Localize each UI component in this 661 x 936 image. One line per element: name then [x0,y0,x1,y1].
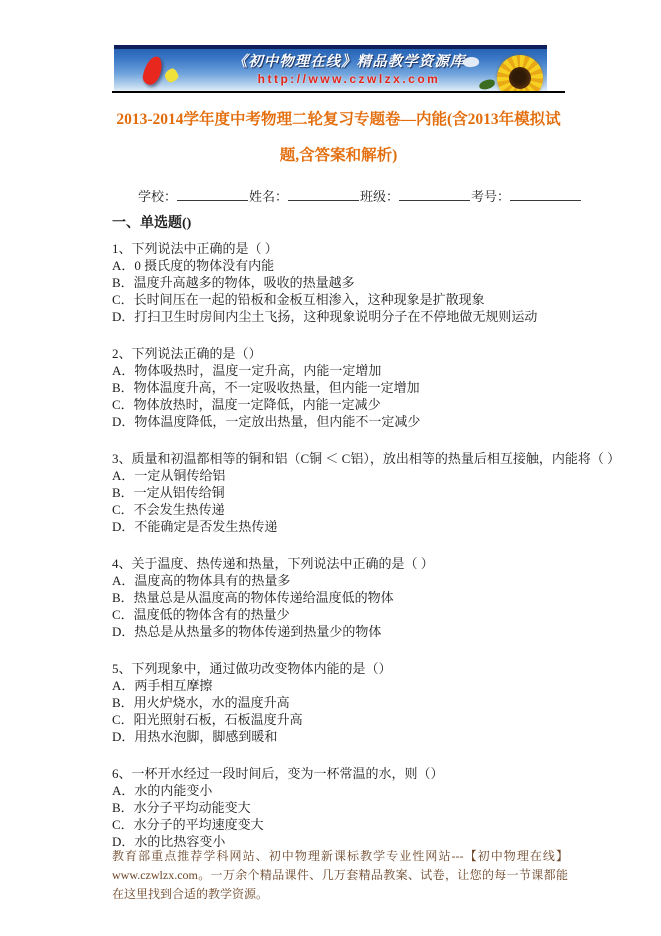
question-options: A．两手相互摩擦B．用火炉烧水，水的温度升高C．阳光照射石板，石板温度升高D．用… [112,677,565,745]
question-stem: 1、下列说法中正确的是（ ） [112,240,565,257]
option: A．两手相互摩擦 [112,677,565,694]
question-stem: 6、一杯开水经过一段时间后，变为一杯常温的水，则（） [112,765,565,782]
question-stem: 5、下列现象中，通过做功改变物体内能的是（） [112,660,565,677]
option: A．温度高的物体具有的热量多 [112,572,565,589]
header-rule [112,91,565,93]
questions: 1、下列说法中正确的是（ ） A．0 摄氏度的物体没有内能B．温度升高越多的物体… [112,240,565,850]
option: C．不会发生热传递 [112,501,565,518]
question-block: 5、下列现象中，通过做功改变物体内能的是（） A．两手相互摩擦B．用火炉烧水，水… [112,660,565,745]
question-block: 2、下列说法正确的是（） A．物体吸热时，温度一定升高，内能一定增加B．物体温度… [112,345,565,430]
site-url: http://www.czwlzx.com [204,72,494,86]
sunflower-center [509,67,531,89]
option: B．用火炉烧水，水的温度升高 [112,694,565,711]
page-title: 2013-2014学年度中考物理二轮复习专题卷—内能(含2013年模拟试 题,含… [112,102,565,174]
question-options: A．0 摄氏度的物体没有内能B．温度升高越多的物体，吸收的热量越多C．长时间压在… [112,257,565,325]
info-label-class: 班级： [360,189,399,204]
info-label-school: 学校： [138,189,177,204]
banner-text-block: 《初中物理在线》精品教学资源库 http://www.czwlzx.com [204,50,494,86]
page-title-line2: 题,含答案和解析) [112,138,565,174]
question-stem: 3、质量和初温都相等的铜和铝（C铜 ＜ C铝），放出相等的热量后相互接触，内能将… [112,450,565,467]
option: D．物体温度降低，一定放出热量，但内能不一定减少 [112,413,565,430]
flame-logo-icon [142,55,164,87]
question-stem: 2、下列说法正确的是（） [112,345,565,362]
option: B．温度升高越多的物体，吸收的热量越多 [112,274,565,291]
info-field-school: 学校： [138,186,249,205]
question-block: 1、下列说法中正确的是（ ） A．0 摄氏度的物体没有内能B．温度升高越多的物体… [112,240,565,325]
option: D．热总是从热量多的物体传递到热量少的物体 [112,623,565,640]
option: C．温度低的物体含有的热量少 [112,606,565,623]
option: A．物体吸热时，温度一定升高，内能一定增加 [112,362,565,379]
site-name: 《初中物理在线》精品教学资源库 [204,50,494,71]
option: C．水分子的平均速度变大 [112,816,565,833]
examno-blank [510,188,581,201]
info-field-name: 姓名： [249,186,360,205]
option: A．水的内能变小 [112,782,565,799]
content-column: 《初中物理在线》精品教学资源库 http://www.czwlzx.com 20… [112,0,565,870]
footer-note: 教育部重点推荐学科网站、初中物理新课标教学专业性网站---【初中物理在线】www… [112,847,568,904]
question-options: A．一定从铜传给铝B．一定从铝传给铜C．不会发生热传递D．不能确定是否发生热传递 [112,467,565,535]
option: D．不能确定是否发生热传递 [112,518,565,535]
question-options: A．物体吸热时，温度一定升高，内能一定增加B．物体温度升高，不一定吸收热量，但内… [112,362,565,430]
school-blank [177,188,248,201]
question-block: 6、一杯开水经过一段时间后，变为一杯常温的水，则（） A．水的内能变小B．水分子… [112,765,565,850]
option: B．热量总是从温度高的物体传递给温度低的物体 [112,589,565,606]
section-heading: 一、单选题() [112,212,565,232]
option: C．长时间压在一起的铅板和金板互相渗入，这种现象是扩散现象 [112,291,565,308]
option: B．物体温度升高，不一定吸收热量，但内能一定增加 [112,379,565,396]
flame-logo-accent-icon [163,67,180,84]
sunflower-icon [497,55,543,91]
question-block: 3、质量和初温都相等的铜和铝（C铜 ＜ C铝），放出相等的热量后相互接触，内能将… [112,450,565,535]
header-banner: 《初中物理在线》精品教学资源库 http://www.czwlzx.com [114,45,547,91]
student-info-line: 学校：姓名：班级：考号： [112,186,565,205]
question-options: A．水的内能变小B．水分子平均动能变大C．水分子的平均速度变大D．水的比热容变小 [112,782,565,850]
option: B．一定从铝传给铜 [112,484,565,501]
banner-top-bar [114,45,547,49]
page-title-line1: 2013-2014学年度中考物理二轮复习专题卷—内能(含2013年模拟试 [112,102,565,138]
option: B．水分子平均动能变大 [112,799,565,816]
name-blank [288,188,359,201]
info-label-name: 姓名： [249,189,288,204]
info-field-examno: 考号： [471,186,582,205]
document-page: { "banner": { "site_name": "《初中物理在线》精品教学… [0,0,661,936]
info-field-class: 班级： [360,186,471,205]
question-options: A．温度高的物体具有的热量多B．热量总是从温度高的物体传递给温度低的物体C．温度… [112,572,565,640]
question-stem: 4、关于温度、热传递和热量，下列说法中正确的是（ ） [112,555,565,572]
option: A．一定从铜传给铝 [112,467,565,484]
option: D．打扫卫生时房间内尘土飞扬，这种现象说明分子在不停地做无规则运动 [112,308,565,325]
option: C．阳光照射石板，石板温度升高 [112,711,565,728]
question-block: 4、关于温度、热传递和热量，下列说法中正确的是（ ） A．温度高的物体具有的热量… [112,555,565,640]
class-blank [399,188,470,201]
info-label-examno: 考号： [471,189,510,204]
option: D．用热水泡脚，脚感到暖和 [112,728,565,745]
option: A．0 摄氏度的物体没有内能 [112,257,565,274]
option: C．物体放热时，温度一定降低，内能一定减少 [112,396,565,413]
